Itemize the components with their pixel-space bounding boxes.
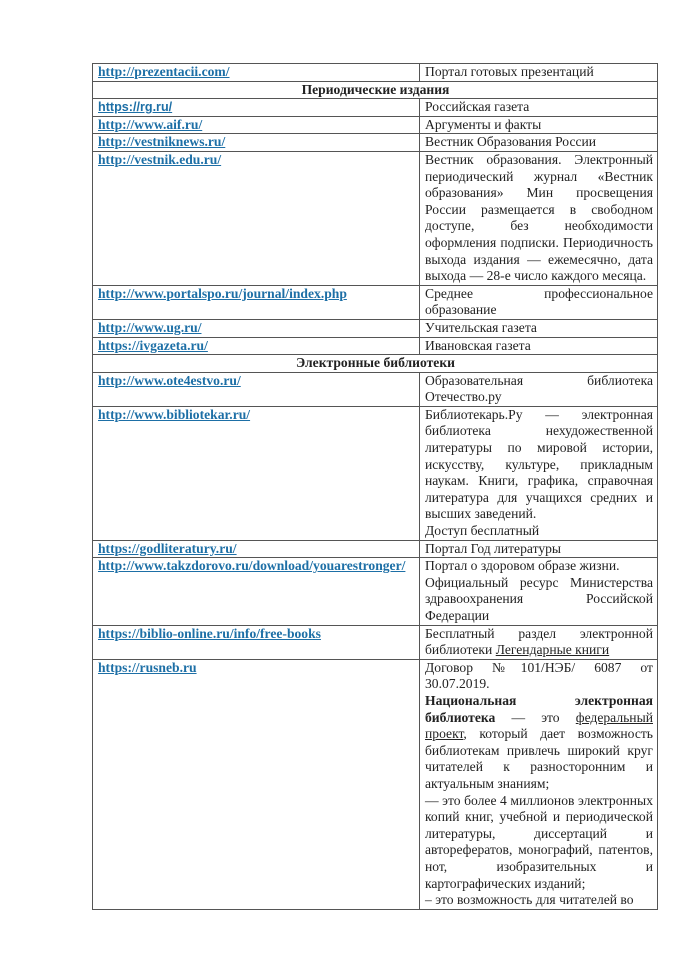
resource-link[interactable]: https://rusneb.ru (98, 660, 197, 675)
description-text: Образовательная библиотека Отечество.ру (425, 373, 653, 406)
description-text: Учительская газета (425, 320, 653, 337)
resource-link[interactable]: https://biblio-online.ru/info/free-books (98, 626, 321, 641)
description-text: Российская газета (425, 99, 653, 116)
description-cell: Ивановская газета (420, 337, 658, 355)
url-cell: http://www.portalspo.ru/journal/index.ph… (93, 285, 420, 319)
table-row: http://vestnik.edu.ru/Вестник образовани… (93, 151, 658, 285)
description-cell: Библиотекарь.Ру — электронная библиотека… (420, 406, 658, 540)
resource-link[interactable]: https://godliteratury.ru/ (98, 541, 237, 556)
resource-link[interactable]: http://www.ote4estvo.ru/ (98, 373, 241, 388)
description-text: Библиотекарь.Ру — электронная библиотека… (425, 407, 653, 523)
resource-link[interactable]: https://ivgazeta.ru/ (98, 338, 208, 353)
resource-link[interactable]: http://www.portalspo.ru/journal/index.ph… (98, 286, 347, 301)
table-row: https://godliteratury.ru/Портал Год лите… (93, 540, 658, 558)
table-row: http://www.ote4estvo.ru/Образовательная … (93, 372, 658, 406)
description-cell: Среднее профессиональное образование (420, 285, 658, 319)
url-cell: http://www.takzdorovo.ru/download/youare… (93, 558, 420, 625)
section-title: Электронные библиотеки (93, 355, 658, 373)
description-cell: Бесплатный раздел электронной библиотеки… (420, 625, 658, 659)
description-cell: Договор №101/НЭБ/ 6087 от 30.07.2019.Нац… (420, 659, 658, 909)
url-cell: http://www.aif.ru/ (93, 116, 420, 134)
description-text: Вестник Образования России (425, 134, 653, 151)
url-cell: https://rusneb.ru (93, 659, 420, 909)
section-title: Периодические издания (93, 81, 658, 99)
description-text: Портал готовых презентаций (425, 64, 653, 81)
url-cell: http://www.ote4estvo.ru/ (93, 372, 420, 406)
resource-table: http://prezentacii.com/Портал готовых пр… (92, 63, 658, 910)
table-row: http://www.bibliotekar.ru/Библиотекарь.Р… (93, 406, 658, 540)
description-text: Ивановская газета (425, 338, 653, 355)
url-cell: https://rg.ru/ (93, 99, 420, 117)
table-row: http://www.ug.ru/Учительская газета (93, 319, 658, 337)
table-row: https://rusneb.ruДоговор №101/НЭБ/ 6087 … (93, 659, 658, 909)
description-text: Портал о здоровом образе жизни. (425, 558, 653, 575)
description-cell: Портал Год литературы (420, 540, 658, 558)
description-text: Договор №101/НЭБ/ 6087 от 30.07.2019. (425, 660, 653, 693)
resource-link[interactable]: http://www.aif.ru/ (98, 117, 202, 132)
url-cell: https://godliteratury.ru/ (93, 540, 420, 558)
description-cell: Вестник образования. Электронный периоди… (420, 151, 658, 285)
resource-link[interactable]: http://prezentacii.com/ (98, 64, 230, 79)
description-text: — это более 4 миллионов электронных копи… (425, 793, 653, 893)
description-cell: Учительская газета (420, 319, 658, 337)
description-text: – это возможность для читателей во (425, 892, 653, 909)
table-row: https://ivgazeta.ru/Ивановская газета (93, 337, 658, 355)
url-cell: http://vestnik.edu.ru/ (93, 151, 420, 285)
description-text: Бесплатный раздел электронной библиотеки… (425, 626, 653, 659)
url-cell: http://www.ug.ru/ (93, 319, 420, 337)
url-cell: http://prezentacii.com/ (93, 64, 420, 82)
description-cell: Вестник Образования России (420, 134, 658, 152)
description-cell: Аргументы и факты (420, 116, 658, 134)
description-text: Аргументы и факты (425, 117, 653, 134)
description-text: Доступ бесплатный (425, 523, 653, 540)
description-text: Национальная электронная библиотека — эт… (425, 693, 653, 793)
table-row: http://www.portalspo.ru/journal/index.ph… (93, 285, 658, 319)
resource-link[interactable]: http://vestniknews.ru/ (98, 134, 225, 149)
table-row: http://www.takzdorovo.ru/download/youare… (93, 558, 658, 625)
section-header-row: Электронные библиотеки (93, 355, 658, 373)
neb-text: — это (495, 710, 575, 725)
resource-link[interactable]: https://rg.ru/ (98, 100, 172, 114)
resource-link[interactable]: http://vestnik.edu.ru/ (98, 152, 221, 167)
resource-link[interactable]: http://www.bibliotekar.ru/ (98, 407, 250, 422)
description-text: Официальный ресурс Министерства здравоох… (425, 575, 653, 625)
description-text: Среднее профессиональное образование (425, 286, 653, 319)
url-cell: http://vestniknews.ru/ (93, 134, 420, 152)
url-cell: http://www.bibliotekar.ru/ (93, 406, 420, 540)
description-cell: Портал готовых презентаций (420, 64, 658, 82)
description-text: Вестник образования. Электронный периоди… (425, 152, 653, 285)
description-cell: Российская газета (420, 99, 658, 117)
description-cell: Портал о здоровом образе жизни.Официальн… (420, 558, 658, 625)
description-text: Портал Год литературы (425, 541, 653, 558)
resource-link[interactable]: http://www.takzdorovo.ru/download/youare… (98, 558, 405, 573)
legendary-books-link[interactable]: Легендарные книги (496, 642, 609, 657)
section-header-row: Периодические издания (93, 81, 658, 99)
table-row: http://prezentacii.com/Портал готовых пр… (93, 64, 658, 82)
url-cell: https://biblio-online.ru/info/free-books (93, 625, 420, 659)
table-row: https://rg.ru/Российская газета (93, 99, 658, 117)
description-cell: Образовательная библиотека Отечество.ру (420, 372, 658, 406)
url-cell: https://ivgazeta.ru/ (93, 337, 420, 355)
table-row: https://biblio-online.ru/info/free-books… (93, 625, 658, 659)
table-row: http://www.aif.ru/Аргументы и факты (93, 116, 658, 134)
resource-link[interactable]: http://www.ug.ru/ (98, 320, 201, 335)
table-row: http://vestniknews.ru/Вестник Образовани… (93, 134, 658, 152)
